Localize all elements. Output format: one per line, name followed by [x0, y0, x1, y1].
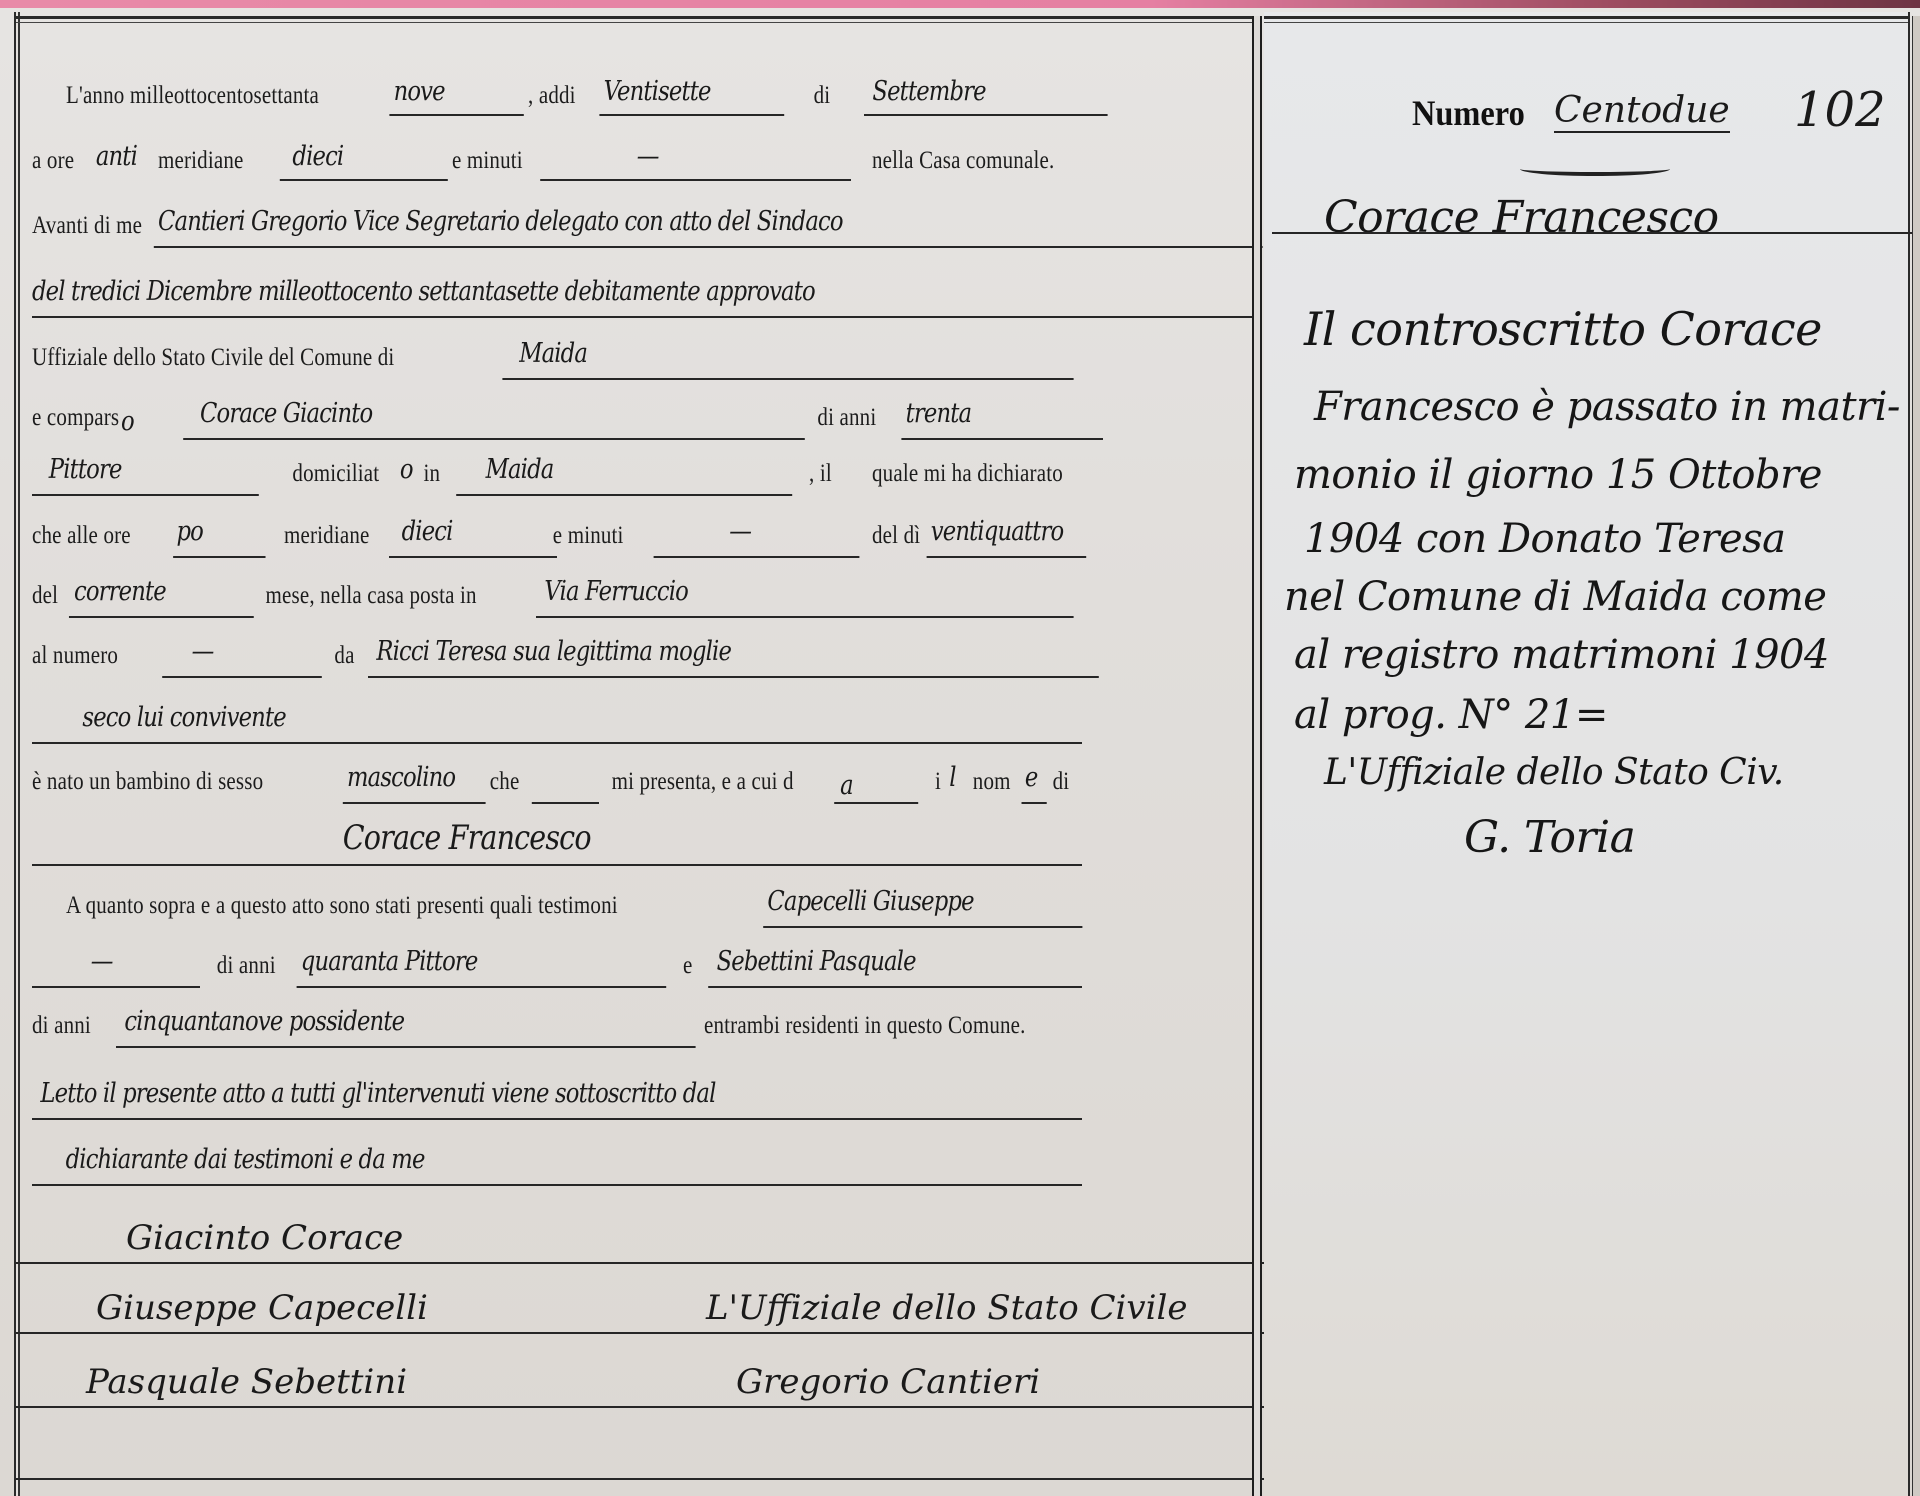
printed-text: Uffiziale dello Stato Civile del Comune … [32, 344, 394, 372]
handwritten-month: corrente [74, 576, 166, 607]
line-birth-time: che alle ore po meridiane dieci e minuti… [32, 522, 1292, 562]
handwritten-dash: — [91, 946, 113, 977]
printed-text: mi presenta, e a cui d [612, 768, 794, 796]
printed-text: di [1053, 768, 1070, 796]
printed-text: del dì [872, 522, 920, 550]
handwritten-closing: Letto il presente atto a tutti gl'interv… [40, 1078, 715, 1109]
fill-line [368, 676, 1099, 678]
printed-text: e compars [32, 404, 119, 432]
printed-text: entrambi residenti in questo Comune. [704, 1012, 1026, 1040]
line-profession: Pittore domiciliat o in Maida , il quale… [32, 460, 1292, 500]
annotation-line: Il controscritto Corace [1304, 302, 1822, 356]
numero-label: Numero [1412, 92, 1525, 134]
handwritten-profession: Pittore [49, 454, 122, 485]
annotation-officer-title: L'Uffiziale dello Stato Civ. [1324, 752, 1784, 793]
fill-line [32, 986, 200, 988]
handwritten-minutes: — [729, 516, 751, 547]
printed-text: a ore [32, 147, 74, 175]
fill-line [708, 986, 1082, 988]
fill-line [162, 676, 322, 678]
fill-line [456, 494, 792, 496]
fill-line [540, 179, 851, 181]
handwritten-house-number: — [192, 636, 214, 667]
annotation-line: al prog. N° 21= [1294, 692, 1608, 738]
printed-text: di anni [217, 952, 276, 980]
fill-line [532, 802, 599, 804]
signature-line [16, 1332, 1266, 1334]
printed-text: quale mi ha dichiarato [872, 460, 1063, 488]
signature-line [16, 1478, 1266, 1480]
line-time: a ore anti meridiane dieci e minuti — ne… [32, 147, 1292, 187]
printed-text: che alle ore [32, 522, 131, 550]
handwritten-gender: o [400, 454, 413, 485]
column-divider [1252, 16, 1262, 1496]
fill-line [32, 1118, 1082, 1120]
printed-text: da [334, 642, 354, 670]
annotation-line: 1904 con Donato Teresa [1304, 516, 1786, 562]
handwritten-hour: dieci [402, 516, 453, 547]
handwritten-article: a [840, 770, 853, 801]
page-edge [1912, 16, 1920, 1496]
fill-line [927, 556, 1087, 558]
printed-text: di anni [817, 404, 876, 432]
fill-line [901, 438, 1103, 440]
fill-line [32, 742, 1082, 744]
fill-line [1022, 802, 1047, 804]
printed-text: A quanto sopra e a questo atto sono stat… [66, 892, 618, 920]
printed-text: nella Casa comunale. [872, 147, 1054, 175]
handwritten-mother: Ricci Teresa sua legittima moglie [376, 636, 731, 667]
printed-text: è nato un bambino di sesso [32, 768, 263, 796]
printed-text: mese, nella casa posta in [266, 582, 477, 610]
handwritten-declarant: Corace Giacinto [200, 398, 372, 429]
signature-witness-1: Giuseppe Capecelli [96, 1288, 428, 1328]
annotation-line: nel Comune di Maida come [1284, 574, 1826, 620]
handwritten-witness-1-age: quaranta Pittore [301, 946, 478, 977]
line-delegation: del tredici Dicembre milleottocento sett… [32, 282, 1292, 322]
line-declarant: e compars o Corace Giacinto di anni tren… [32, 404, 1292, 444]
top-border [1264, 16, 1908, 19]
fill-line [343, 802, 486, 804]
register-page: L'anno milleottocentosettanta nove , add… [0, 8, 1920, 1496]
line-child-name: Corace Francesco [32, 830, 1292, 870]
fill-line [864, 114, 1108, 116]
fill-line [297, 986, 667, 988]
annotation-line: Francesco è passato in matri- [1314, 384, 1900, 430]
fill-line [536, 616, 1074, 618]
line-comune: Uffiziale dello Stato Civile del Comune … [32, 344, 1292, 384]
fill-line [32, 1184, 1082, 1186]
handwritten-am: anti [96, 141, 137, 172]
handwritten-am-pm: po [176, 516, 202, 547]
fill-line [183, 438, 805, 440]
handwritten-street: Via Ferruccio [544, 576, 688, 607]
numero-words: Centodue [1554, 90, 1730, 133]
top-border-thin [16, 22, 1252, 23]
handwritten-day: Ventisette [604, 76, 711, 107]
printed-text: L'anno milleottocentosettanta [66, 82, 319, 110]
line-house: del corrente mese, nella casa posta in V… [32, 582, 1292, 622]
handwritten-sex: mascolino [347, 762, 455, 793]
handwritten-delegation: del tredici Dicembre milleottocento sett… [32, 276, 815, 307]
handwritten-hour: dieci [292, 141, 343, 172]
line-witness-ages: — di anni quaranta Pittore e Sebettini P… [32, 952, 1292, 992]
decorative-brace [1520, 162, 1670, 176]
signature-officer-name: Gregorio Cantieri [736, 1362, 1040, 1402]
fill-line [69, 616, 254, 618]
handwritten-birth-day: ventiquattro [931, 516, 1064, 547]
line-closing-2: dichiarante dai testimoni e da me [32, 1150, 1292, 1190]
handwritten-article: l [949, 762, 955, 793]
annotation-line: monio il giorno 15 Ottobre [1294, 452, 1822, 498]
line-cohabiting: seco lui convivente [32, 708, 1292, 748]
name-underline [1272, 232, 1912, 234]
line-officer: Avanti di me Cantieri Gregorio Vice Segr… [32, 212, 1292, 252]
margin-annotation-column: Numero Centodue 102 Corace Francesco Il … [1264, 12, 1910, 1496]
handwritten-age: trenta [906, 398, 972, 429]
annotation-officer-signature: G. Toria [1464, 812, 1635, 863]
printed-text: i [935, 768, 941, 796]
signature-declarant: Giacinto Corace [126, 1218, 403, 1258]
signature-witness-2: Pasquale Sebettini [86, 1362, 407, 1402]
handwritten-witness-2: Sebettini Pasquale [717, 946, 916, 977]
handwritten-month: Settembre [872, 76, 985, 107]
fill-line [32, 864, 1082, 866]
numero-digits: 102 [1794, 82, 1886, 138]
printed-text: e [683, 952, 692, 980]
printed-text: nom [973, 768, 1011, 796]
line-residence: di anni cinquantanove possidente entramb… [32, 1012, 1292, 1052]
handwritten-closing: dichiarante dai testimoni e da me [66, 1144, 425, 1175]
printed-text: domiciliat [292, 460, 379, 488]
fill-line [834, 802, 918, 804]
printed-text: meridiane [158, 147, 243, 175]
printed-text: , il [809, 460, 832, 488]
margin-child-name: Corace Francesco [1324, 192, 1719, 243]
fill-line [154, 246, 1263, 248]
fill-line [173, 556, 265, 558]
handwritten-minutes: — [637, 141, 659, 172]
fill-line [280, 179, 448, 181]
printed-text: del [32, 582, 58, 610]
line-mother: al numero — da Ricci Teresa sua legittim… [32, 642, 1292, 682]
handwritten-domicile: Maida [486, 454, 554, 485]
birth-record-form: L'anno milleottocentosettanta nove , add… [14, 12, 1252, 1496]
fill-line [763, 926, 1082, 928]
handwritten-year: nove [394, 76, 445, 107]
line-child-sex: è nato un bambino di sesso mascolino che… [32, 768, 1292, 808]
printed-text: al numero [32, 642, 118, 670]
handwritten-child-name: Corace Francesco [343, 818, 591, 858]
top-border [16, 16, 1252, 19]
handwritten-suffix: e [1025, 762, 1038, 793]
signature-line [16, 1262, 1266, 1264]
fill-line [599, 114, 784, 116]
printed-text: di anni [32, 1012, 91, 1040]
handwritten-comune: Maida [519, 338, 587, 369]
handwritten-cohabiting: seco lui convivente [82, 702, 285, 733]
fill-line [389, 556, 557, 558]
handwritten-witness-2-age: cinquantanove possidente [124, 1006, 404, 1037]
fill-line [502, 378, 1073, 380]
signature-line [16, 1406, 1266, 1408]
fill-line [32, 316, 1258, 318]
signature-officer-title: L'Uffiziale dello Stato Civile [706, 1288, 1187, 1328]
printed-text: , addi [528, 82, 576, 110]
handwritten-gender: o [121, 406, 134, 437]
printed-text: in [423, 460, 440, 488]
top-border-thin [1264, 22, 1908, 23]
line-witnesses: A quanto sopra e a questo atto sono stat… [66, 892, 1326, 932]
fill-line [389, 114, 523, 116]
printed-text: di [814, 82, 831, 110]
printed-text: meridiane [284, 522, 369, 550]
handwritten-witness-1: Capecelli Giuseppe [767, 886, 973, 917]
handwritten-officer: Cantieri Gregorio Vice Segretario delega… [158, 206, 843, 237]
printed-text: e minuti [553, 522, 624, 550]
printed-text: che [490, 768, 520, 796]
line-closing-1: Letto il presente atto a tutti gl'interv… [32, 1084, 1292, 1124]
line-year: L'anno milleottocentosettanta nove , add… [66, 82, 1242, 122]
annotation-line: al registro matrimoni 1904 [1294, 632, 1829, 678]
fill-line [32, 494, 259, 496]
fill-line [654, 556, 860, 558]
printed-text: e minuti [452, 147, 523, 175]
fill-line [116, 1046, 696, 1048]
printed-text: Avanti di me [32, 212, 142, 240]
